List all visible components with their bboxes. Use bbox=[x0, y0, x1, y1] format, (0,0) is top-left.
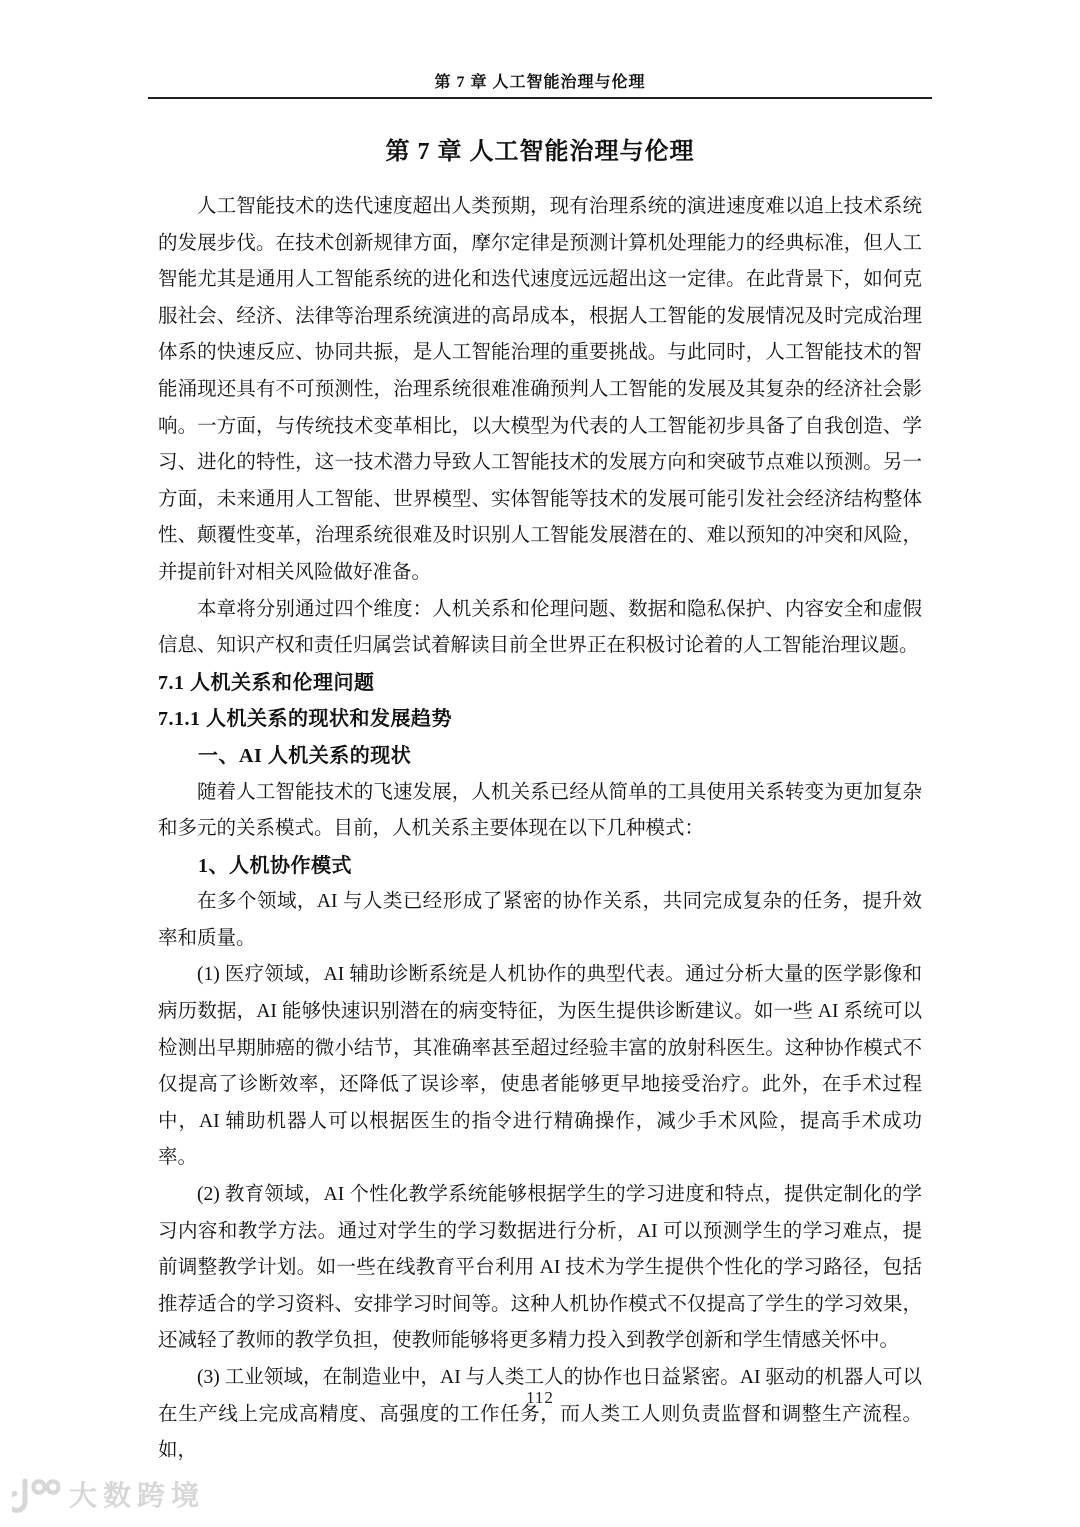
paragraph-overview: 本章将分别通过四个维度：人机关系和伦理问题、数据和隐私保护、内容安全和虚假信息、… bbox=[158, 592, 922, 665]
paragraph-relation-modes: 随着人工智能技术的飞速发展，人机关系已经从简单的工具使用关系转变为更加复杂和多元… bbox=[158, 775, 922, 848]
paragraph-medical-field: (1) 医疗领域，AI 辅助诊断系统是人机协作的典型代表。通过分析大量的医学影像… bbox=[158, 957, 922, 1177]
running-header: 第 7 章 人工智能治理与伦理 bbox=[0, 0, 1080, 94]
chapter-title: 第 7 章 人工智能治理与伦理 bbox=[0, 135, 1080, 169]
page-number: 112 bbox=[0, 1388, 1080, 1408]
paragraph-intro: 人工智能技术的迭代速度超出人类预期，现有治理系统的演进速度难以追上技术系统的发展… bbox=[158, 189, 922, 592]
subsection-heading-7-1-1: 7.1.1 人机关系的现状和发展趋势 bbox=[158, 701, 922, 738]
brand-100-icon bbox=[12, 1476, 60, 1516]
page-content: 人工智能技术的迭代速度超出人类预期，现有治理系统的演进速度难以追上技术系统的发展… bbox=[158, 189, 922, 1470]
document-page: 第 7 章 人工智能治理与伦理 第 7 章 人工智能治理与伦理 人工智能技术的迭… bbox=[0, 0, 1080, 1527]
topic-heading-ai-relation-status: 一、AI 人机关系的现状 bbox=[158, 738, 922, 775]
paragraph-education-field: (2) 教育领域，AI 个性化教学系统能够根据学生的学习进度和特点，提供定制化的… bbox=[158, 1177, 922, 1360]
paragraph-industry-field: (3) 工业领域，在制造业中，AI 与人类工人的协作也日益紧密。AI 驱动的机器… bbox=[158, 1360, 922, 1470]
header-rule bbox=[148, 97, 932, 99]
topic-heading-collaboration-mode: 1、人机协作模式 bbox=[158, 848, 922, 885]
paragraph-collaboration-intro: 在多个领域，AI 与人类已经形成了紧密的协作关系，共同完成复杂的任务，提升效率和… bbox=[158, 884, 922, 957]
page-header: 第 7 章 人工智能治理与伦理 bbox=[0, 0, 1080, 99]
watermark-text: 大数跨境 bbox=[69, 1482, 205, 1510]
section-heading-7-1: 7.1 人机关系和伦理问题 bbox=[158, 665, 922, 702]
watermark: 大数跨境 bbox=[12, 1476, 205, 1516]
